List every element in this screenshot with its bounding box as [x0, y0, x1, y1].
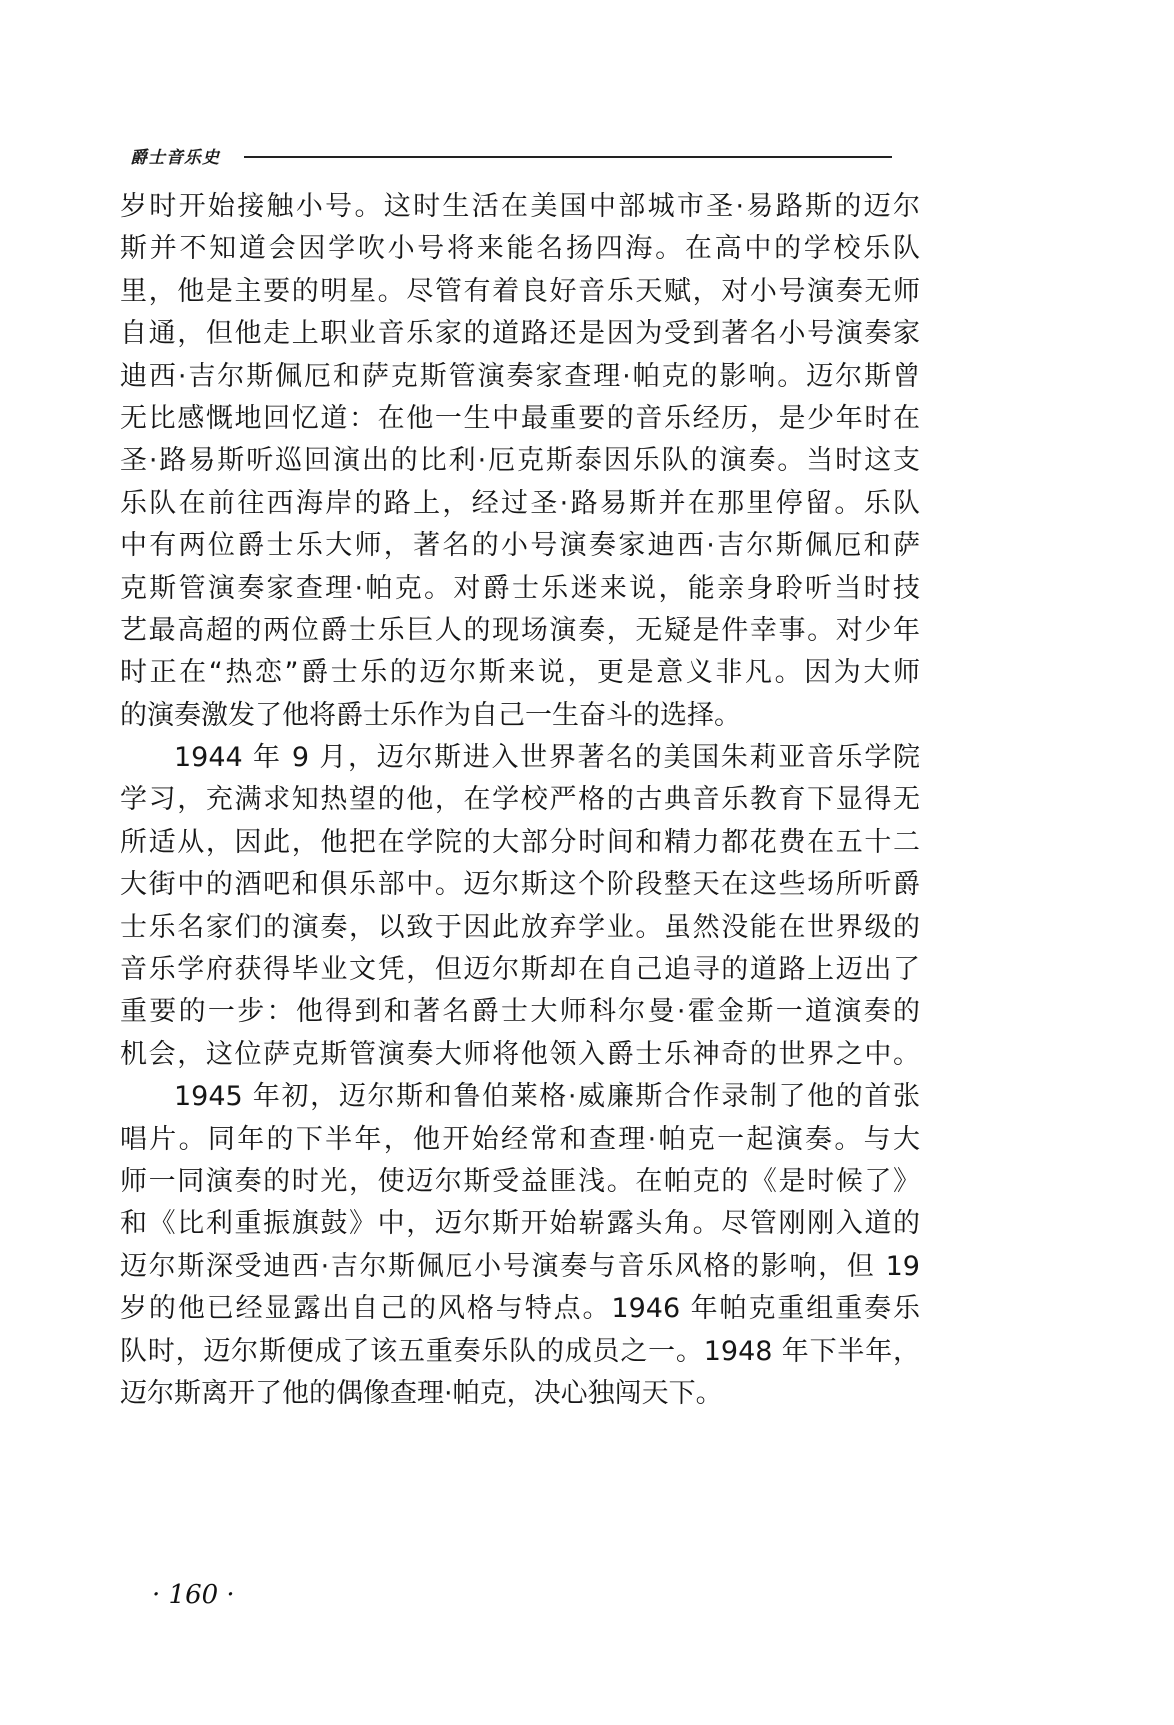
text-line: 圣·路易斯听巡回演出的比利·厄克斯泰因乐队的演奏。当时这支	[120, 440, 920, 482]
text-line: 和《比利重振旗鼓》中，迈尔斯开始崭露头角。尽管刚刚入道的	[120, 1203, 920, 1245]
text-line: 队时，迈尔斯便成了该五重奏乐队的成员之一。1948 年下半年，	[120, 1331, 920, 1373]
text-line: 乐队在前往西海岸的路上，经过圣·路易斯并在那里停留。乐队	[120, 483, 920, 525]
running-header: 爵士音乐史	[130, 140, 892, 170]
text-line: 中有两位爵士乐大师，著名的小号演奏家迪西·吉尔斯佩厄和萨	[120, 525, 920, 567]
body-text: 岁时开始接触小号。这时生活在美国中部城市圣·易路斯的迈尔斯并不知道会因学吹小号将…	[120, 186, 920, 1415]
text-line: 岁时开始接触小号。这时生活在美国中部城市圣·易路斯的迈尔	[120, 186, 920, 228]
running-title: 爵士音乐史	[130, 143, 220, 168]
text-line: 机会，这位萨克斯管演奏大师将他领入爵士乐神奇的世界之中。	[120, 1034, 920, 1076]
text-line: 音乐学府获得毕业文凭，但迈尔斯却在自己追寻的道路上迈出了	[120, 949, 920, 991]
text-line: 学习，充满求知热望的他，在学校严格的古典音乐教育下显得无	[120, 779, 920, 821]
text-line: 艺最高超的两位爵士乐巨人的现场演奏，无疑是件幸事。对少年	[120, 610, 920, 652]
text-line: 大街中的酒吧和俱乐部中。迈尔斯这个阶段整天在这些场所听爵	[120, 864, 920, 906]
text-line: 时正在“热恋”爵士乐的迈尔斯来说，更是意义非凡。因为大师	[120, 652, 920, 694]
text-line: 所适从，因此，他把在学院的大部分时间和精力都花费在五十二	[120, 822, 920, 864]
text-line: 迪西·吉尔斯佩厄和萨克斯管演奏家查理·帕克的影响。迈尔斯曾	[120, 356, 920, 398]
text-line: 自通，但他走上职业音乐家的道路还是因为受到著名小号演奏家	[120, 313, 920, 355]
text-line: 迈尔斯离开了他的偶像查理·帕克，决心独闯天下。	[120, 1373, 920, 1415]
text-line: 重要的一步：他得到和著名爵士大师科尔曼·霍金斯一道演奏的	[120, 991, 920, 1033]
header-rule	[244, 156, 892, 158]
text-line: 的演奏激发了他将爵士乐作为自己一生奋斗的选择。	[120, 695, 920, 737]
text-line: 迈尔斯深受迪西·吉尔斯佩厄小号演奏与音乐风格的影响，但 19	[120, 1246, 920, 1288]
text-line: 师一同演奏的时光，使迈尔斯受益匪浅。在帕克的《是时候了》	[120, 1161, 920, 1203]
text-line: 里，他是主要的明星。尽管有着良好音乐天赋，对小号演奏无师	[120, 271, 920, 313]
text-line: 斯并不知道会因学吹小号将来能名扬四海。在高中的学校乐队	[120, 228, 920, 270]
text-line: 无比感慨地回忆道：在他一生中最重要的音乐经历，是少年时在	[120, 398, 920, 440]
page-number: · 160 ·	[152, 1580, 235, 1610]
text-line: 岁的他已经显露出自己的风格与特点。1946 年帕克重组重奏乐	[120, 1288, 920, 1330]
text-line: 士乐名家们的演奏，以致于因此放弃学业。虽然没能在世界级的	[120, 907, 920, 949]
text-line: 克斯管演奏家查理·帕克。对爵士乐迷来说，能亲身聆听当时技	[120, 568, 920, 610]
text-line: 1945 年初，迈尔斯和鲁伯莱格·威廉斯合作录制了他的首张	[120, 1076, 920, 1118]
text-line: 1944 年 9 月，迈尔斯进入世界著名的美国朱莉亚音乐学院	[120, 737, 920, 779]
text-line: 唱片。同年的下半年，他开始经常和查理·帕克一起演奏。与大	[120, 1119, 920, 1161]
